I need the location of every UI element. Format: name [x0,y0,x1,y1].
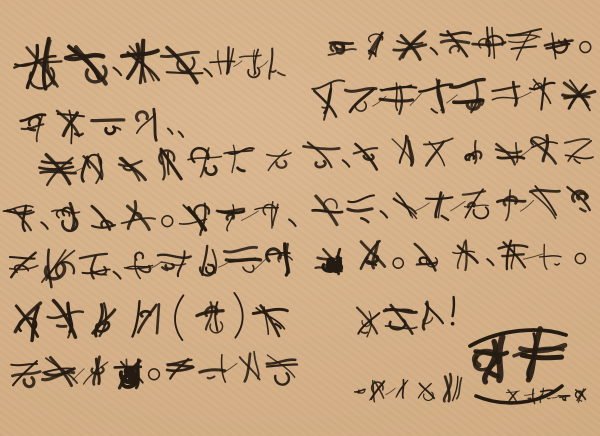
ink-stroke [450,46,459,53]
ink-stroke [267,364,297,366]
ink-stroke [162,216,173,227]
ink-stroke [512,46,537,49]
ink-stroke [168,129,173,134]
ink-stroke [509,37,537,42]
ink-dot [124,367,134,377]
ink-dot [327,257,336,266]
ink-stroke [224,247,256,252]
handwriting-line [328,27,590,59]
ink-stroke [69,47,99,78]
ink-stroke [243,265,254,272]
ink-stroke [400,196,413,218]
ink-stroke [463,191,485,195]
ink-stroke [465,241,466,271]
ink-stroke [312,80,344,89]
ink-stroke [575,253,585,263]
ink-stroke [380,99,413,101]
handwriting-line [14,39,285,89]
handwriting-line [304,136,594,170]
ink-stroke [267,153,291,156]
ink-stroke [92,225,115,228]
ink-stroke [204,69,212,77]
ink-stroke [276,161,286,168]
ink-stroke [114,68,122,76]
ink-stroke [373,96,386,106]
ink-stroke [507,29,541,35]
ink-stroke [82,157,88,181]
ink-stroke [157,304,159,333]
ink-stroke [122,218,155,223]
ink-stroke [420,383,435,398]
ink-stroke [424,138,453,144]
ink-stroke [189,208,206,230]
ink-stroke [492,97,518,99]
ink-stroke [238,168,245,171]
ink-stroke [106,127,115,134]
ink-stroke [222,355,226,383]
ink-stroke [506,190,510,220]
ink-stroke [451,80,485,88]
ink-stroke [232,145,235,172]
ink-stroke [114,272,121,279]
ink-stroke [255,50,259,74]
ink-stroke [219,260,232,267]
ink-stroke [441,33,471,36]
ink-stroke [552,395,560,398]
ink-stroke [23,206,26,231]
ink-stroke [476,386,562,403]
ink-stroke [580,42,591,53]
ink-stroke [530,190,559,191]
ink-stroke [419,85,452,92]
ink-dot [451,322,455,326]
ink-stroke [168,153,169,175]
handwriting-line [15,293,287,341]
ink-stroke [432,109,438,113]
ink-stroke [451,201,466,211]
ink-stroke [355,389,365,392]
ink-stroke [289,220,296,227]
ink-stroke [563,399,566,400]
ink-stroke [547,398,550,399]
ink-stroke [540,256,562,257]
ink-stroke [393,258,403,268]
ink-stroke [267,360,296,364]
ink-stroke [470,330,566,346]
ink-stroke [128,202,136,229]
ink-stroke [70,203,74,228]
ink-stroke [91,256,96,279]
date-year-handwriting [355,374,462,402]
ink-stroke [54,301,76,338]
ink-stroke [555,264,560,265]
ink-stroke [269,49,272,79]
ink-stroke [442,216,448,220]
ink-stroke [234,293,242,338]
ink-stroke [348,209,372,211]
ink-stroke [205,166,216,174]
ink-stroke [278,72,285,75]
handwriting-line [357,297,454,337]
ink-stroke [497,200,525,202]
ink-stroke [313,210,343,212]
handwriting-line [316,241,586,274]
ink-stroke [208,265,213,266]
ink-stroke [492,28,494,59]
ink-stroke [259,61,268,68]
ink-stroke [255,208,278,210]
letter-photo: 李敏、李讷，我的亲 爱的女儿： 你们的信都收到 了，很欢喜。北戴河、 秦皇岛、山… [0,0,600,436]
ink-stroke [496,144,514,164]
ink-stroke [350,89,373,111]
ink-stroke [227,47,229,73]
ink-stroke [24,378,34,387]
ink-stroke [41,222,47,229]
signature-handwriting [470,329,566,403]
ink-stroke [386,388,395,394]
ink-stroke [343,160,350,167]
ink-stroke [137,114,156,133]
ink-stroke [80,254,107,258]
ink-stroke [423,302,427,329]
ink-stroke [516,92,531,99]
handwriting-line [11,352,297,388]
ink-stroke [116,128,120,130]
ink-stroke [396,83,397,110]
handwriting-line [39,145,291,185]
ink-stroke [516,143,518,162]
ink-stroke [48,250,51,288]
ink-stroke [316,161,326,167]
handwriting-canvas [0,0,600,436]
ink-stroke [149,369,160,380]
ink-stroke [475,141,477,163]
ink-stroke [73,369,84,380]
ink-stroke [487,259,493,265]
ink-stroke [227,214,234,219]
ink-stroke [161,52,198,56]
ink-stroke [453,297,454,316]
ink-stroke [414,203,429,211]
ink-stroke [502,254,523,256]
ink-stroke [200,370,225,372]
ink-stroke [522,355,562,358]
ink-stroke [565,139,590,143]
ink-stroke [580,209,585,212]
handwriting-line [312,78,595,119]
ink-stroke [362,332,368,333]
ink-stroke [57,326,66,327]
ink-stroke [52,210,80,213]
ink-stroke [386,309,412,311]
ink-stroke [194,205,209,216]
ink-stroke [270,71,276,72]
ink-stroke [499,245,528,248]
ink-stroke [136,112,147,121]
ink-stroke [580,400,582,401]
handwriting-line [21,109,183,143]
ink-stroke [92,120,124,121]
ink-stroke [381,211,388,218]
ink-stroke [474,207,489,218]
ink-stroke [454,100,483,102]
ink-stroke [158,255,191,258]
ink-stroke [511,245,514,269]
ink-stroke [348,195,374,202]
ink-stroke [361,218,368,222]
ink-stroke [240,55,261,57]
ink-stroke [197,311,223,316]
ink-stroke [208,377,215,379]
ink-stroke [491,373,498,376]
ink-stroke [275,373,289,384]
ink-stroke [272,202,273,228]
ink-stroke [431,48,438,55]
ink-stroke [224,363,238,372]
handwriting-line [10,244,292,287]
ink-stroke [304,146,340,149]
ink-stroke [574,159,580,163]
handwriting-line [4,202,296,235]
ink-stroke [396,383,406,397]
ink-stroke [263,205,276,215]
ink-stroke [138,305,156,332]
handwriting-line [313,186,590,225]
ink-stroke [179,132,184,137]
ink-stroke [499,337,502,380]
ink-stroke [403,380,404,398]
ink-stroke [175,295,183,340]
ink-stroke [183,205,202,230]
